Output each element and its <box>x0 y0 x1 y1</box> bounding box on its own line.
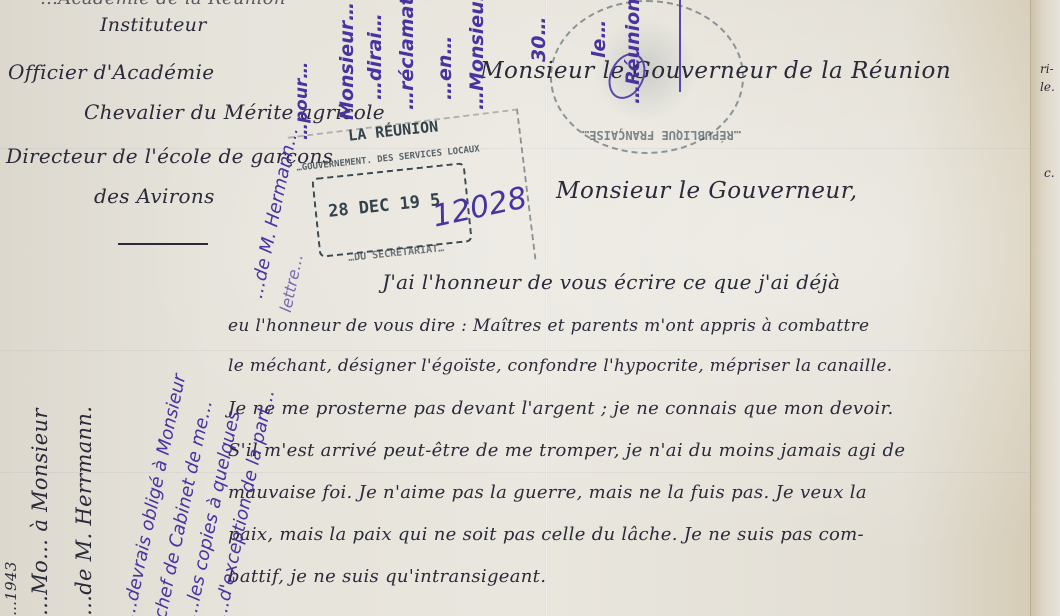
addressee-line: Monsieur le Gouverneur de la Réunion <box>480 58 951 84</box>
seal-text: …RÉPUBLIQUE FRANÇAISE… <box>582 128 741 142</box>
body-line-2: eu l'honneur de vous dire : Maîtres et p… <box>228 316 869 336</box>
letterhead-location: des Avirons <box>94 184 215 208</box>
letterhead-title: Instituteur <box>100 14 207 36</box>
top-purple-note: Monsieur… <box>336 2 358 120</box>
top-purple-note: …Monsieur… <box>466 0 488 110</box>
top-purple-note: …Réunion… <box>622 0 644 104</box>
body-line-6: mauvaise foi. Je n'aime pas la guerre, m… <box>228 482 867 503</box>
edge-fragment: c. <box>1044 166 1055 180</box>
salutation: Monsieur le Gouverneur, <box>556 178 858 204</box>
margin-dash-line <box>118 243 208 245</box>
letterhead-honor-1: Officier d'Académie <box>8 60 214 84</box>
margin-note-line-3: …de M. Herrmann. <box>72 406 96 616</box>
top-purple-note: 30… <box>528 17 550 62</box>
edge-fragment: le. <box>1040 80 1055 94</box>
purple-marker-line <box>679 0 681 92</box>
margin-note-date: …1943 <box>2 561 20 616</box>
body-line-5: S'il m'est arrivé peut-être de me trompe… <box>228 440 905 461</box>
margin-note-line-2: …Mo… à Monsieur <box>28 408 52 616</box>
body-line-7: paix, mais la paix qui ne soit pas celle… <box>228 524 864 545</box>
edge-fragment: ri- <box>1040 62 1054 76</box>
body-line-8: battif, je ne suis qu'intransigeant. <box>228 566 546 587</box>
body-line-3: le méchant, désigner l'égoïste, confondr… <box>228 356 892 376</box>
top-purple-note: …réclamation… <box>396 0 418 110</box>
body-line-4: Je ne me prosterne pas devant l'argent ;… <box>228 398 894 419</box>
body-line-1: J'ai l'honneur de vous écrire ce que j'a… <box>382 270 840 294</box>
letterhead-cut-line: …Académie de la Réunion <box>40 0 286 9</box>
top-purple-note: …en… <box>434 36 456 100</box>
top-purple-note: …dirai… <box>364 13 386 100</box>
ruled-line <box>0 350 1060 351</box>
top-purple-note: le… <box>588 20 610 58</box>
